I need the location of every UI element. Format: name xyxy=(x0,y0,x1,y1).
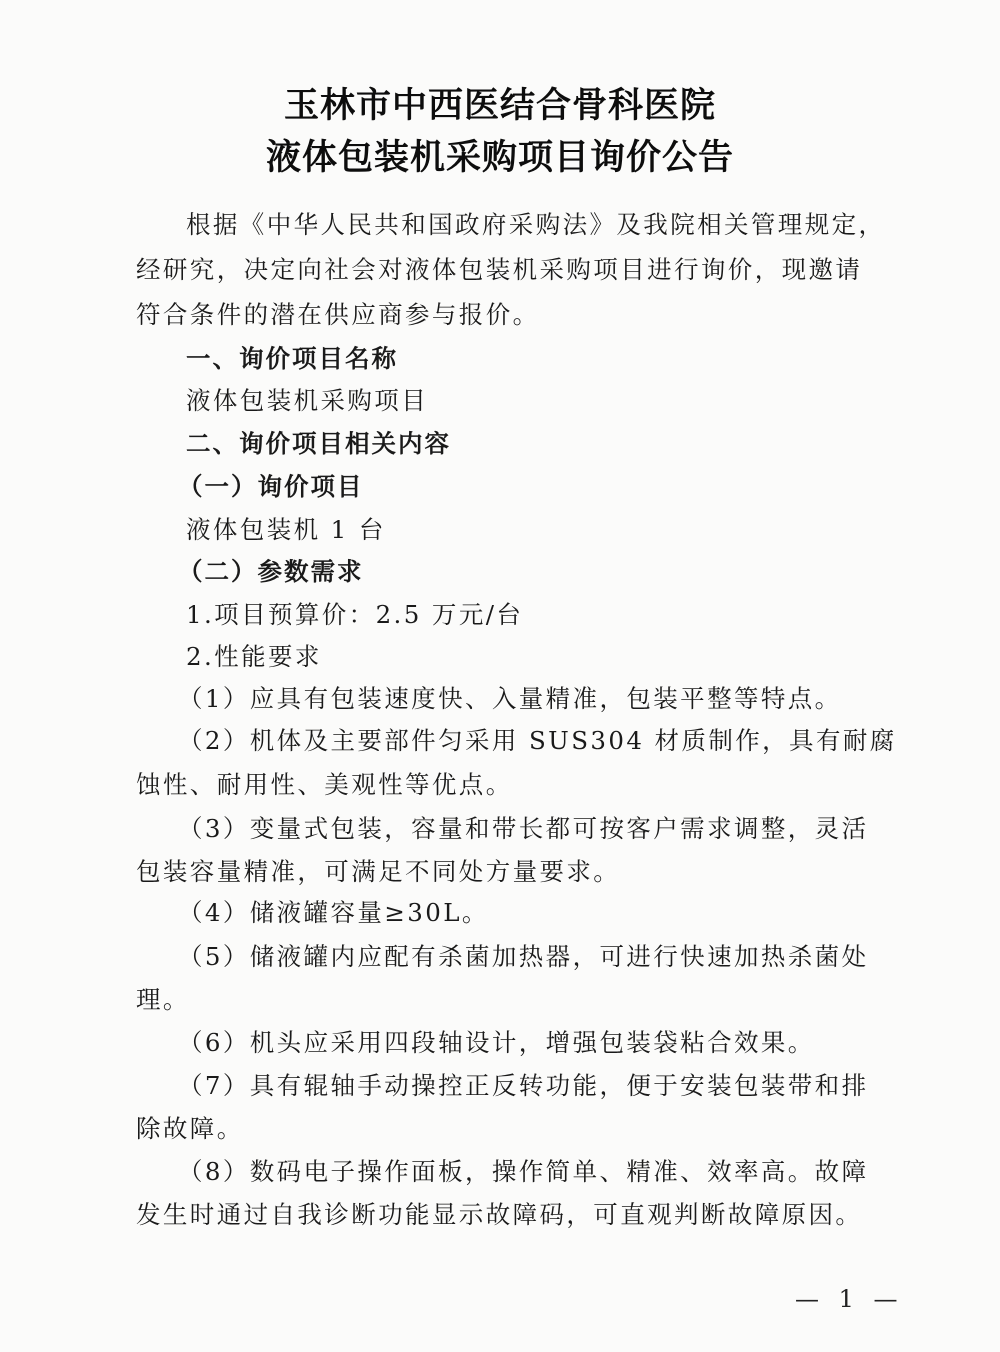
requirement-item: （5）储液罐内应配有杀菌加热器，可进行快速加热杀菌处 xyxy=(178,938,869,973)
section-heading: 一、询价项目名称 xyxy=(186,340,398,375)
requirement-item-cont: 理。 xyxy=(136,981,190,1016)
document-title-line2: 液体包装机采购项目询价公告 xyxy=(0,130,1000,180)
requirement-item-cont: 蚀性、耐用性、美观性等优点。 xyxy=(136,766,513,801)
intro-line: 符合条件的潜在供应商参与报价。 xyxy=(136,296,540,331)
requirement-item: （3）变量式包装，容量和带长都可按客户需求调整，灵活 xyxy=(178,810,869,845)
page-number: — 1 — xyxy=(795,1285,904,1313)
document-page: 玉林市中西医结合骨科医院 液体包装机采购项目询价公告 根据《中华人民共和国政府采… xyxy=(0,0,1000,1352)
requirement-item: （7）具有辊轴手动操控正反转功能，便于安装包装带和排 xyxy=(178,1067,869,1102)
requirement-item-cont: 除故障。 xyxy=(136,1110,244,1145)
requirement-item-cont: 包装容量精准，可满足不同处方量要求。 xyxy=(136,853,620,888)
requirement-item-cont: 发生时通过自我诊断功能显示故障码，可直观判断故障原因。 xyxy=(136,1196,862,1231)
requirement-item: （6）机头应采用四段轴设计，增强包装袋粘合效果。 xyxy=(178,1024,815,1059)
subsection-body: 液体包装机 1 台 xyxy=(186,511,386,546)
requirement-item: （4）储液罐容量≥30L。 xyxy=(178,894,489,929)
requirement-item: （1）应具有包装速度快、入量精准，包装平整等特点。 xyxy=(178,680,842,715)
section-body: 液体包装机采购项目 xyxy=(186,382,428,417)
subsection-heading: （一）询价项目 xyxy=(178,468,364,503)
requirement-item: （8）数码电子操作面板，操作简单、精准、效率高。故障 xyxy=(178,1153,869,1188)
intro-line: 经研究，决定向社会对液体包装机采购项目进行询价，现邀请 xyxy=(136,251,862,286)
budget-line: 1.项目预算价：2.5 万元/台 xyxy=(186,596,523,631)
section-heading: 二、询价项目相关内容 xyxy=(186,425,451,460)
subsection-heading: （二）参数需求 xyxy=(178,553,364,588)
performance-heading: 2.性能要求 xyxy=(186,638,322,673)
requirement-item: （2）机体及主要部件匀采用 SUS304 材质制作，具有耐腐 xyxy=(178,722,897,757)
document-title-line1: 玉林市中西医结合骨科医院 xyxy=(0,78,1000,128)
intro-line: 根据《中华人民共和国政府采购法》及我院相关管理规定， xyxy=(186,206,885,241)
